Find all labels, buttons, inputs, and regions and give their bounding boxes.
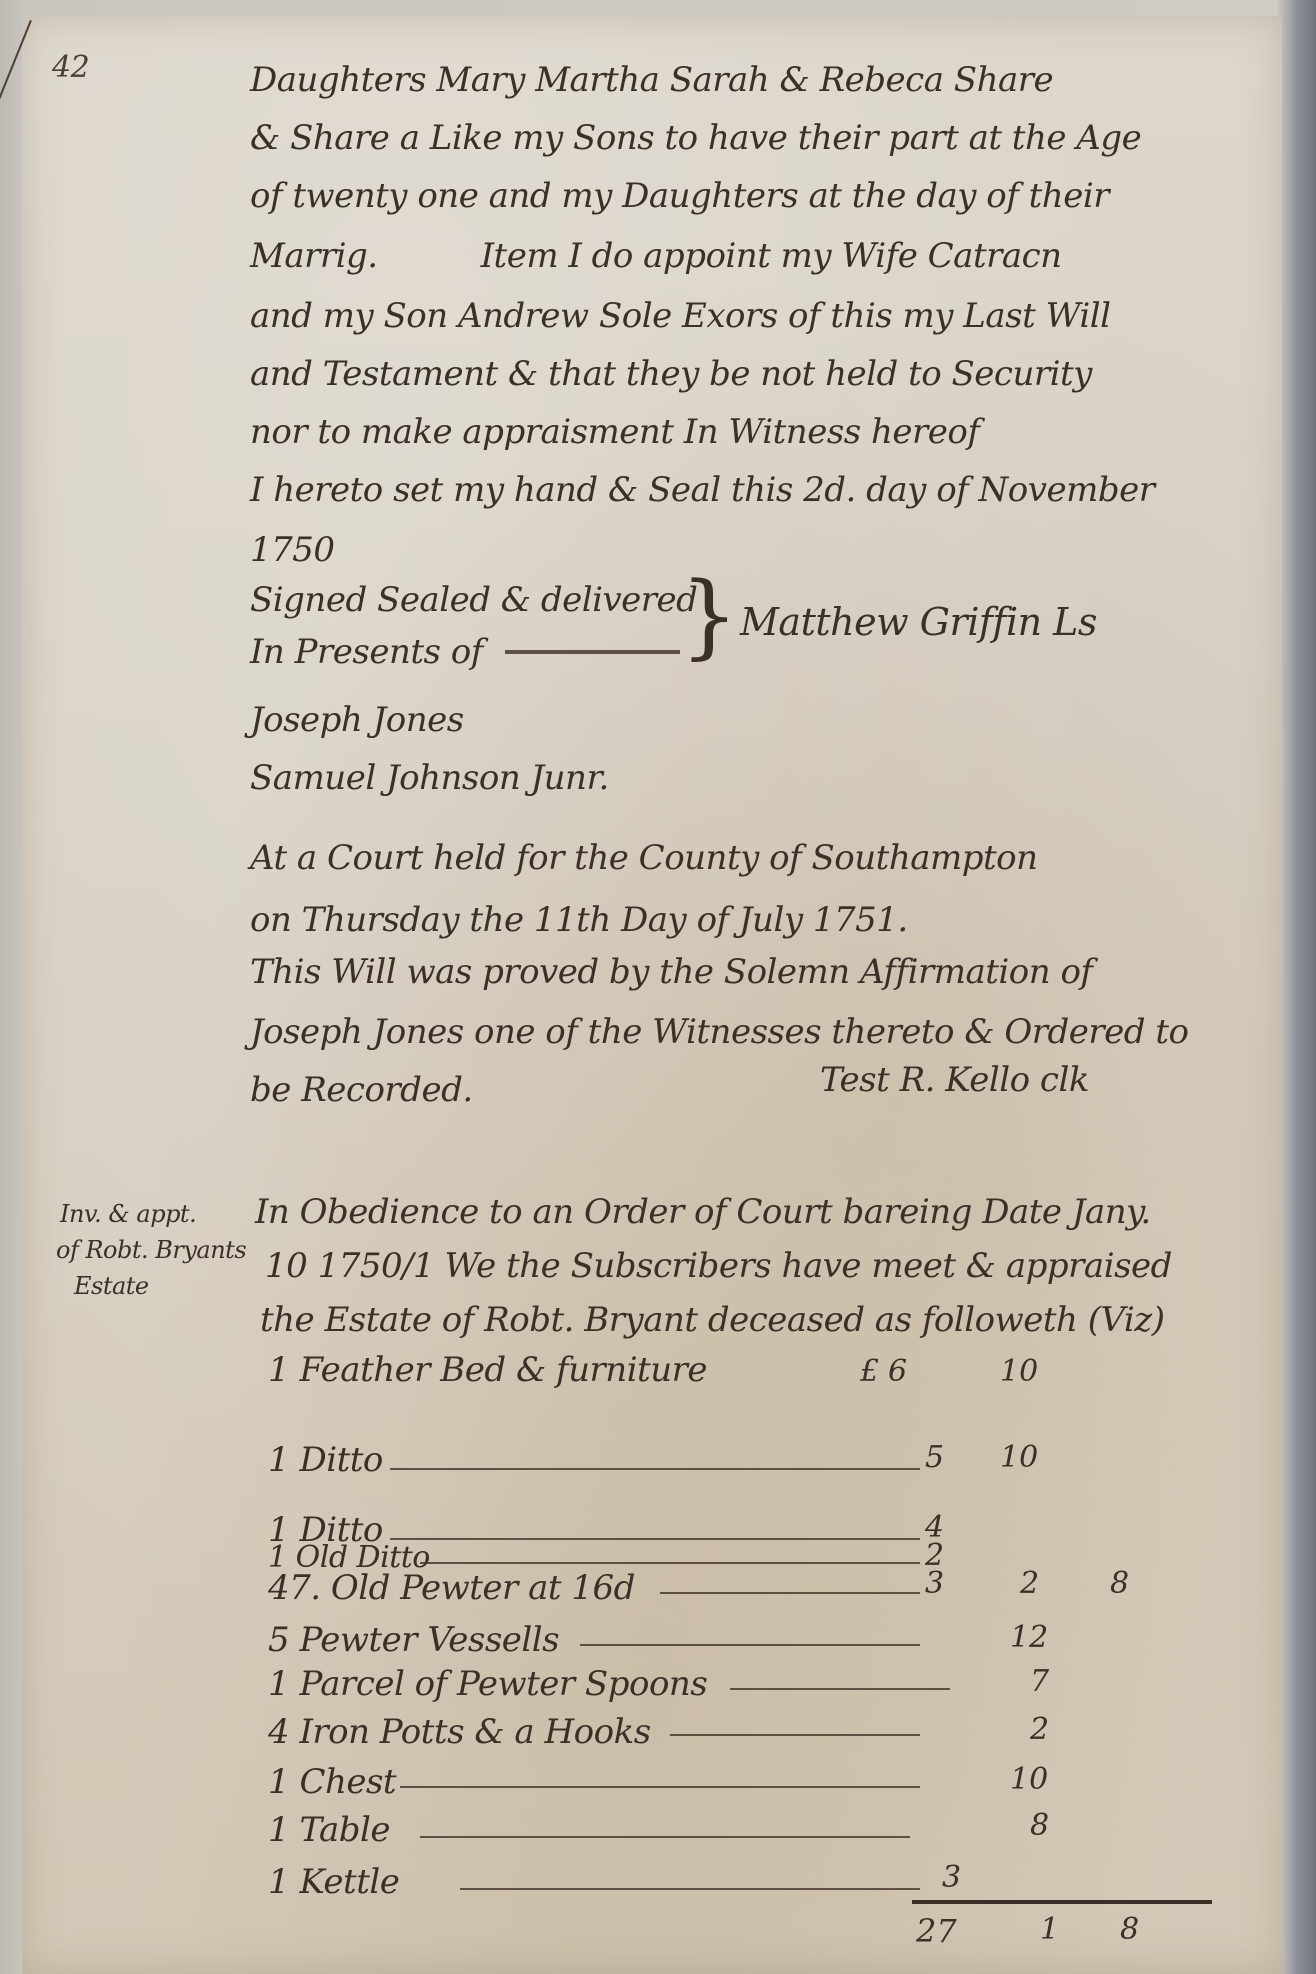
leader-line <box>390 1538 920 1540</box>
will-line-2: & Share a Like my Sons to have their par… <box>250 118 1141 158</box>
inventory-item: 1 Ditto <box>268 1440 383 1480</box>
will-line-1: Daughters Mary Martha Sarah & Rebeca Sha… <box>250 60 1053 100</box>
inventory-intro-1: In Obedience to an Order of Court barein… <box>255 1192 1151 1232</box>
amount-shillings: 10 <box>1000 1440 1038 1475</box>
margin-note-1: Inv. & appt. <box>60 1200 196 1228</box>
probate-line-5: be Recorded. <box>250 1070 473 1110</box>
amount-shillings: 10 <box>1010 1762 1048 1797</box>
in-presents-label: In Presents of <box>250 632 483 672</box>
inventory-item: 1 Chest <box>268 1762 396 1802</box>
amount-shillings: 8 <box>1030 1808 1049 1843</box>
inventory-item: 1 Parcel of Pewter Spoons <box>268 1664 707 1704</box>
will-line-7: nor to make appraisment In Witness hereo… <box>250 412 979 452</box>
amount-shillings: 12 <box>1010 1620 1048 1655</box>
page-number: 42 <box>52 50 89 85</box>
amount-shillings: 10 <box>1000 1354 1038 1389</box>
total-pence: 8 <box>1120 1912 1139 1947</box>
probate-line-1: At a Court held for the County of Southa… <box>250 838 1038 878</box>
leader-line <box>420 1562 920 1564</box>
leader-line <box>390 1468 920 1470</box>
will-date-year: 1750 <box>250 530 335 570</box>
inventory-item: 4 Iron Potts & a Hooks <box>268 1712 651 1752</box>
leader-line <box>670 1734 920 1736</box>
probate-line-3: This Will was proved by the Solemn Affir… <box>250 952 1093 992</box>
witness-1: Joseph Jones <box>250 700 464 740</box>
amount-pounds: 5 <box>925 1440 944 1475</box>
leader-line <box>460 1888 920 1890</box>
margin-note-2: of Robt. Bryants <box>56 1236 246 1264</box>
will-line-5: and my Son Andrew Sole Exors of this my … <box>250 296 1111 336</box>
leader-line <box>730 1688 950 1690</box>
probate-line-2: on Thursday the 11th Day of July 1751. <box>250 900 908 940</box>
inventory-item: 47. Old Pewter at 16d <box>268 1568 635 1608</box>
signed-sealed-label: Signed Sealed & delivered <box>250 580 697 620</box>
will-line-6: and Testament & that they be not held to… <box>250 354 1092 394</box>
inventory-item: 1 Kettle <box>268 1862 399 1902</box>
leader-line <box>400 1786 920 1788</box>
amount-pence: 8 <box>1110 1566 1129 1601</box>
amount-pounds: 3 <box>925 1566 944 1601</box>
presents-rule <box>505 650 680 654</box>
probate-line-4: Joseph Jones one of the Witnesses theret… <box>250 1012 1189 1052</box>
inventory-item: 1 Feather Bed & furniture <box>268 1350 707 1390</box>
inventory-intro-3: the Estate of Robt. Bryant deceased as f… <box>260 1300 1164 1340</box>
amount-shillings: 2 <box>1030 1712 1049 1747</box>
total-pounds: 27 <box>916 1912 957 1950</box>
inventory-intro-2: 10 1750/1 We the Subscribers have meet &… <box>265 1246 1172 1286</box>
amount-shillings: 7 <box>1030 1664 1049 1699</box>
inventory-item: 5 Pewter Vessells <box>268 1620 559 1660</box>
sum-rule <box>912 1900 1212 1904</box>
currency-symbol: £ <box>860 1354 879 1389</box>
margin-note-3: Estate <box>74 1272 149 1300</box>
brace-glyph: } <box>680 570 739 662</box>
testator-signature: Matthew Griffin Ls <box>740 600 1097 644</box>
will-line-4: Marrig. Item I do appoint my Wife Catrac… <box>250 236 1062 276</box>
amount-pounds: 3 <box>942 1860 961 1895</box>
amount-shillings: 2 <box>1020 1566 1039 1601</box>
witness-2: Samuel Johnson Junr. <box>250 758 609 798</box>
leader-line <box>580 1644 920 1646</box>
will-line-3: of twenty one and my Daughters at the da… <box>250 176 1109 216</box>
leader-line <box>660 1592 920 1594</box>
inventory-item: 1 Table <box>268 1810 390 1850</box>
amount-pounds: 6 <box>888 1354 907 1389</box>
total-shillings: 1 <box>1040 1912 1059 1947</box>
leader-line <box>420 1836 910 1838</box>
clerk-attestation: Test R. Kello clk <box>820 1060 1089 1100</box>
will-line-8: I hereto set my hand & Seal this 2d. day… <box>250 470 1154 510</box>
